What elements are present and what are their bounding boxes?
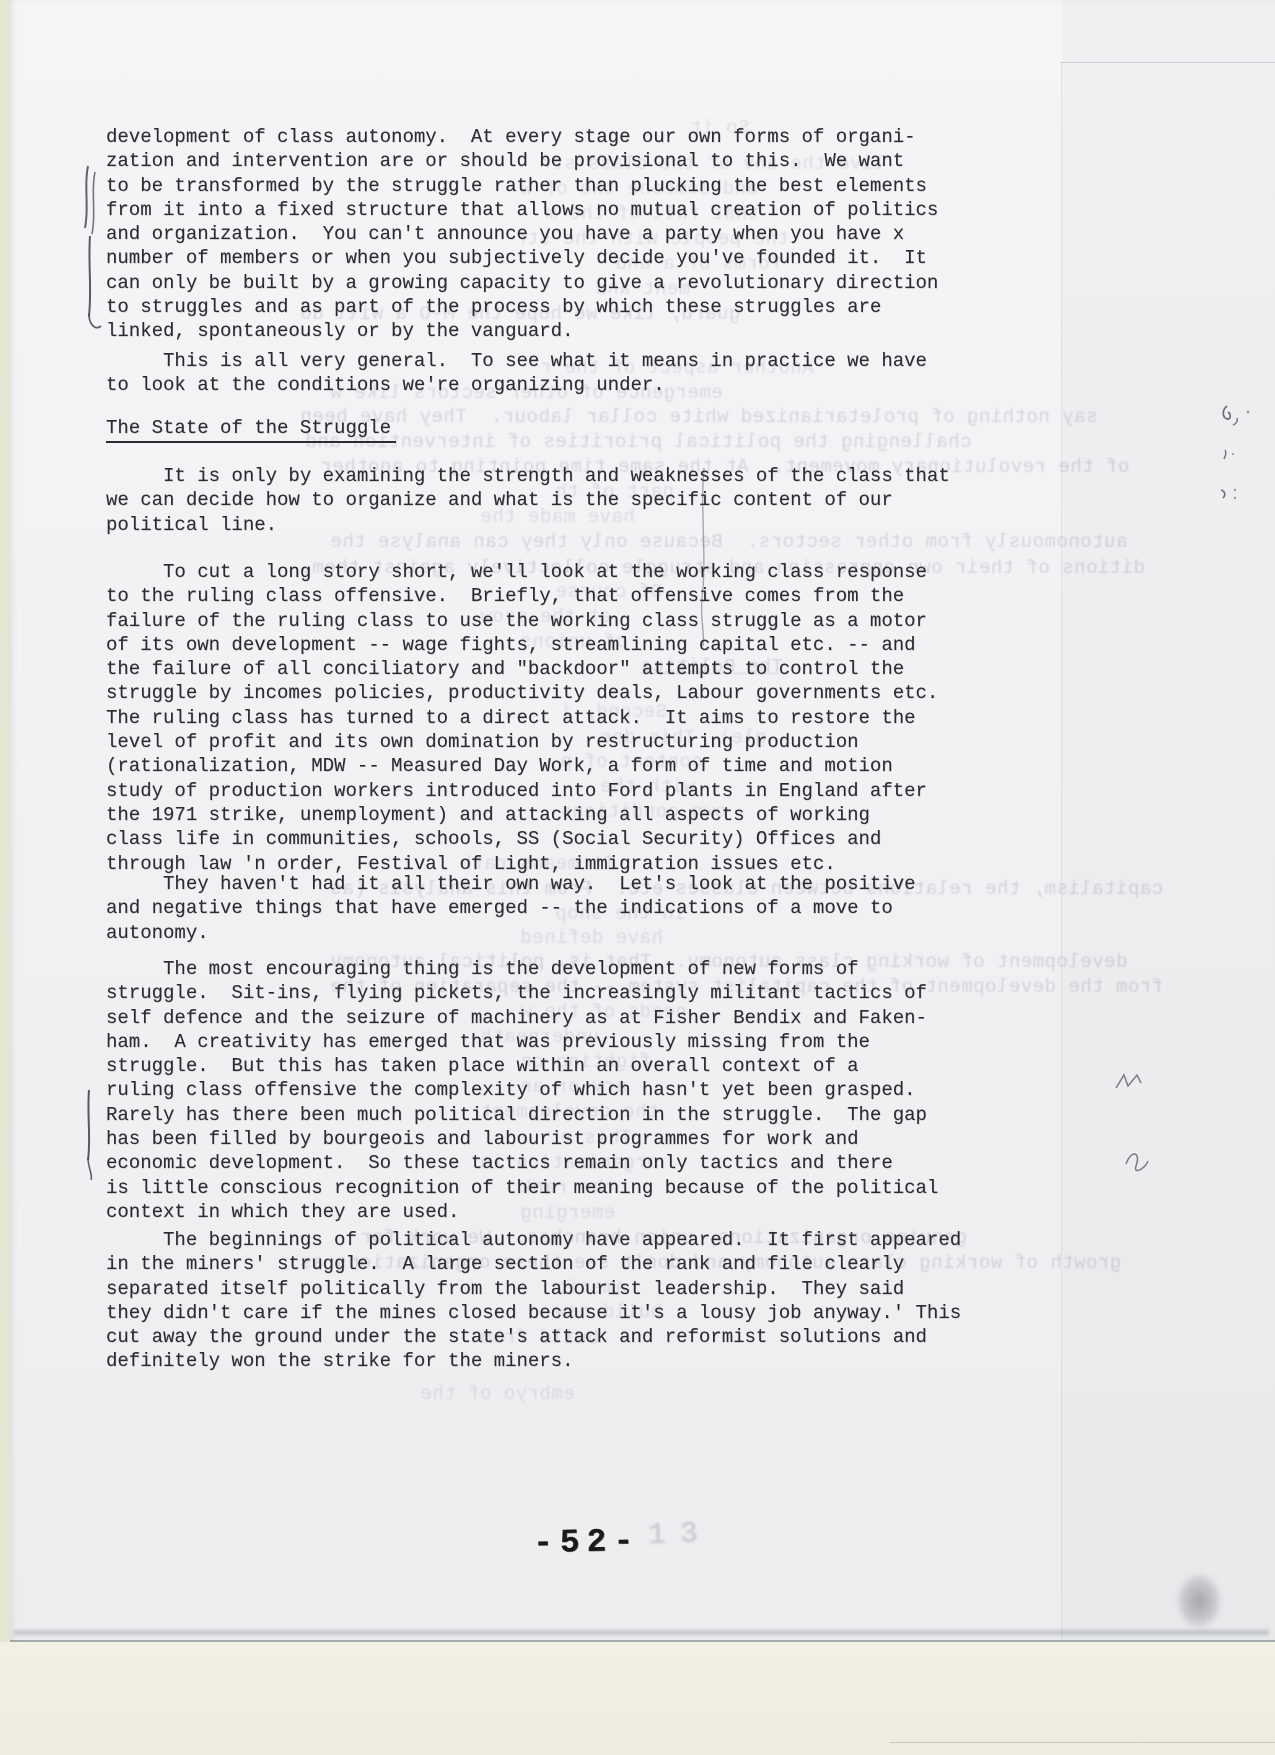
backing-paper [0, 1642, 1275, 1755]
paragraph: This is all very general. To see what it… [106, 349, 990, 398]
typewritten-line: It is only by examining the strength and… [106, 464, 990, 488]
typewritten-line: can only be built by a growing capacity … [106, 271, 990, 295]
typewritten-line: zation and intervention are or should be… [106, 149, 990, 173]
typewritten-line: and organization. You can't announce you… [106, 222, 990, 246]
bottom-right-smudge [1168, 1563, 1230, 1639]
pen-line-left-upper-icon [76, 158, 110, 338]
ghost-digits: 13 [647, 1517, 712, 1553]
typewritten-line: the failure of all conciliatory and "bac… [106, 657, 990, 681]
typewritten-line: is little conscious recognition of their… [106, 1176, 990, 1200]
typewritten-line: the 1971 strike, unemployment) and attac… [106, 803, 990, 827]
typewritten-line: to look at the conditions we're organizi… [106, 373, 990, 397]
typewritten-line: we can decide how to organize and what i… [106, 488, 990, 512]
typewritten-line: cut away the ground under the state's at… [106, 1325, 990, 1349]
typewritten-line: ham. A creativity has emerged that was p… [106, 1030, 990, 1054]
typewritten-line: separated itself politically from the la… [106, 1277, 990, 1301]
typewritten-line: linked, spontaneously or by the vanguard… [106, 319, 990, 343]
typewritten-line: and negative things that have emerged --… [106, 896, 990, 920]
typewritten-line: struggle. But this has taken place withi… [106, 1054, 990, 1078]
typewritten-line: The ruling class has turned to a direct … [106, 706, 990, 730]
typewritten-line: study of production workers introduced i… [106, 779, 990, 803]
section-heading: The State of the Struggle [106, 416, 990, 443]
pen-line-left-lower-icon [80, 1086, 104, 1182]
typewritten-line: from it into a fixed structure that allo… [106, 198, 990, 222]
typewritten-line: self defence and the seizure of machiner… [106, 1006, 990, 1030]
typewritten-line: class life in communities, schools, SS (… [106, 827, 990, 851]
vertical-scratch-icon [696, 466, 712, 650]
typewritten-line: to struggles and as part of the process … [106, 295, 990, 319]
right-scribble-1-icon [1112, 1068, 1146, 1096]
typewritten-line: they didn't care if the mines closed bec… [106, 1301, 990, 1325]
typewritten-line: political line. [106, 513, 990, 537]
typewritten-line: economic development. So these tactics r… [106, 1151, 990, 1175]
typewritten-line: struggle. Sit-ins, flying pickets, the i… [106, 981, 990, 1005]
typewritten-line: struggle by incomes policies, productivi… [106, 681, 990, 705]
right-scribble-2-icon [1120, 1140, 1156, 1172]
paragraph: It is only by examining the strength and… [106, 464, 990, 537]
paragraph: development of class autonomy. At every … [106, 125, 990, 344]
typewritten-line: level of profit and its own domination b… [106, 730, 990, 754]
typewritten-line: This is all very general. To see what it… [106, 349, 990, 373]
typewritten-line: has been filled by bourgeois and labouri… [106, 1127, 990, 1151]
typewritten-line: To cut a long story short, we'll look at… [106, 560, 990, 584]
typewritten-line: of its own development -- wage fights, s… [106, 633, 990, 657]
sheet-bottom-shadow [14, 1630, 1269, 1635]
typewritten-line: failure of the ruling class to use the w… [106, 609, 990, 633]
typewritten-line: context in which they are used. [106, 1200, 990, 1224]
text-layer: development of class autonomy. At every … [0, 0, 1275, 1641]
right-margin-ink-marks-icon [1215, 398, 1259, 508]
typewritten-line: to be transformed by the struggle rather… [106, 174, 990, 198]
typewritten-line: autonomy. [106, 921, 990, 945]
typewritten-line: to the ruling class offensive. Briefly, … [106, 584, 990, 608]
typewritten-line: (rationalization, MDW -- Measured Day Wo… [106, 754, 990, 778]
backing-faint-line [890, 1742, 1275, 1743]
scanned-document-page: So itlive the anv of the class strand so… [0, 0, 1275, 1755]
typewritten-line: in the miners' struggle. A large section… [106, 1252, 990, 1276]
paragraph: To cut a long story short, we'll look at… [106, 560, 990, 876]
typewritten-line: The most encouraging thing is the develo… [106, 957, 990, 981]
typewritten-line: ruling class offensive the complexity of… [106, 1078, 990, 1102]
typewritten-line: They haven't had it all their own way. L… [106, 872, 990, 896]
typewritten-line: definitely won the strike for the miners… [106, 1349, 990, 1373]
typewritten-line: development of class autonomy. At every … [106, 125, 990, 149]
paragraph: They haven't had it all their own way. L… [106, 872, 990, 945]
page-number: -52- [533, 1523, 641, 1562]
paragraph: The beginnings of political autonomy hav… [106, 1228, 990, 1374]
typewritten-line: The beginnings of political autonomy hav… [106, 1228, 990, 1252]
typewritten-line: Rarely has there been much political dir… [106, 1103, 990, 1127]
paragraph: The most encouraging thing is the develo… [106, 957, 990, 1224]
typewritten-line: number of members or when you subjective… [106, 246, 990, 270]
